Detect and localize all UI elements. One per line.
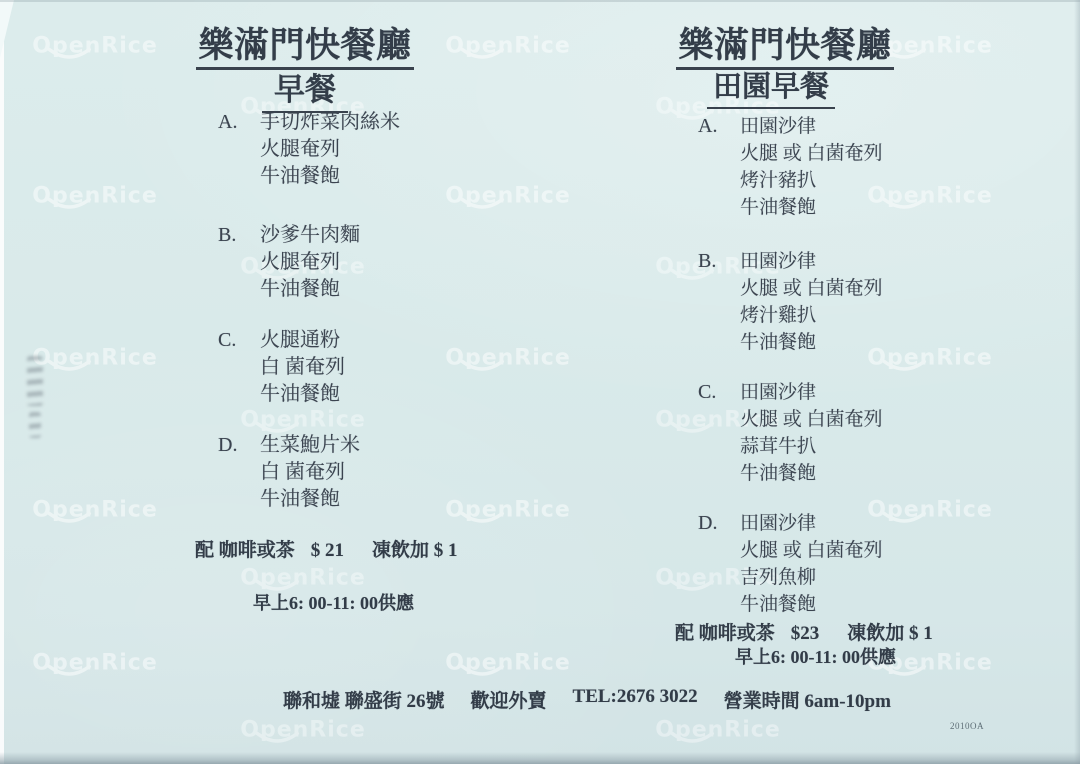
- smile-icon: [46, 664, 92, 680]
- openrice-watermark-text: OpenRice: [32, 34, 157, 59]
- breakfast-menu-column: 樂滿門快餐廳 早餐 A. 手切炸菜肉絲米 火腿奄列 牛油餐飽 B. 沙爹牛肉麵 …: [150, 0, 460, 764]
- item-line: 吉列魚柳: [740, 564, 883, 591]
- item-line: 田園沙律: [740, 510, 883, 537]
- smile-icon: [46, 47, 92, 63]
- openrice-watermark-text: OpenRice: [32, 498, 157, 523]
- item-lines: 手切炸菜肉絲米 火腿奄列 牛油餐飽: [260, 109, 400, 190]
- openrice-watermark-text: OpenRice: [32, 184, 157, 209]
- smile-icon: [459, 197, 505, 213]
- scan-smudge: [29, 412, 41, 438]
- item-line: 牛油餐飽: [260, 163, 400, 190]
- item-letter: D.: [218, 432, 260, 513]
- item-line: 烤汁雞扒: [740, 302, 883, 329]
- menu-section-title-text: 田園早餐: [707, 64, 835, 109]
- openrice-watermark-logo: OpenRice: [445, 498, 570, 523]
- item-line: 生菜鮑片米: [260, 432, 360, 459]
- smile-icon: [46, 359, 92, 375]
- menu-item-a: A. 手切炸菜肉絲米 火腿奄列 牛油餐飽: [218, 109, 400, 190]
- item-letter: B.: [698, 248, 740, 356]
- scan-smudge: [27, 356, 43, 406]
- openrice-watermark-text: OpenRice: [445, 34, 570, 59]
- menu-item-c: C. 田園沙律 火腿 或 白菌奄列 蒜茸牛扒 牛油餐飽: [698, 379, 883, 487]
- menu-item-d: D. 田園沙律 火腿 或 白菌奄列 吉列魚柳 牛油餐飽: [698, 510, 883, 618]
- item-line: 火腿奄列: [260, 136, 400, 163]
- set-price: $23: [791, 623, 820, 644]
- menu-section-title-text: 早餐: [262, 64, 348, 113]
- item-line: 蒜茸牛扒: [740, 433, 883, 460]
- item-letter: D.: [698, 510, 740, 618]
- opening-hours: 營業時間 6am-10pm: [724, 686, 891, 713]
- item-line: 火腿 或 白菌奄列: [740, 537, 883, 564]
- openrice-watermark-logo: OpenRice: [32, 346, 157, 371]
- item-line: 烤汁豬扒: [740, 167, 883, 194]
- restaurant-name: 樂滿門快餐廳: [150, 18, 460, 68]
- openrice-watermark-text: OpenRice: [445, 346, 570, 371]
- openrice-watermark-logo: OpenRice: [445, 346, 570, 371]
- openrice-watermark-logo: OpenRice: [32, 34, 157, 59]
- set-price-line: 配 咖啡或茶$23凍飲加 $ 1: [675, 618, 933, 645]
- item-lines: 田園沙律 火腿 或 白菌奄列 蒜茸牛扒 牛油餐飽: [740, 379, 883, 487]
- garden-breakfast-menu-column: 樂滿門快餐廳 田園早餐 A. 田園沙律 火腿 或 白菌奄列 烤汁豬扒 牛油餐飽 …: [630, 0, 940, 764]
- smile-icon: [459, 511, 505, 527]
- item-letter: C.: [218, 327, 260, 408]
- smile-icon: [459, 359, 505, 375]
- item-line: 牛油餐飽: [740, 194, 883, 221]
- item-line: 牛油餐飽: [740, 460, 883, 487]
- openrice-watermark-logo: OpenRice: [32, 184, 157, 209]
- item-lines: 沙爹牛肉麵 火腿奄列 牛油餐飽: [260, 222, 360, 303]
- item-letter: C.: [698, 379, 740, 487]
- item-lines: 生菜鮑片米 白 菌奄列 牛油餐飽: [260, 432, 360, 513]
- item-line: 火腿 或 白菌奄列: [740, 406, 883, 433]
- address: 聯和墟 聯盛街 26號: [283, 686, 445, 713]
- item-lines: 火腿通粉 白 菌奄列 牛油餐飽: [260, 327, 345, 408]
- item-letter: A.: [698, 113, 740, 221]
- takeaway-note: 歡迎外賣: [471, 686, 547, 713]
- openrice-watermark-logo: OpenRice: [32, 651, 157, 676]
- footer-info-line: 聯和墟 聯盛街 26號 歡迎外賣 TEL:2676 3022 營業時間 6am-…: [283, 686, 891, 713]
- item-line: 火腿通粉: [260, 327, 345, 354]
- item-lines: 田園沙律 火腿 或 白菌奄列 烤汁雞扒 牛油餐飽: [740, 248, 883, 356]
- item-line: 田園沙律: [740, 248, 883, 275]
- phone-number: TEL:2676 3022: [573, 686, 698, 713]
- menu-item-a: A. 田園沙律 火腿 或 白菌奄列 烤汁豬扒 牛油餐飽: [698, 113, 883, 221]
- cold-drink-surcharge: 凍飲加 $ 1: [372, 540, 458, 561]
- item-line: 牛油餐飽: [260, 381, 345, 408]
- smile-icon: [46, 511, 92, 527]
- menu-section-title: 早餐: [150, 64, 460, 113]
- item-lines: 田園沙律 火腿 或 白菌奄列 吉列魚柳 牛油餐飽: [740, 510, 883, 618]
- item-line: 牛油餐飽: [740, 591, 883, 618]
- scan-edge-top: [0, 0, 1080, 2]
- menu-item-b: B. 沙爹牛肉麵 火腿奄列 牛油餐飽: [218, 222, 360, 303]
- item-letter: A.: [218, 109, 260, 190]
- openrice-watermark-text: OpenRice: [32, 651, 157, 676]
- item-letter: B.: [218, 222, 260, 303]
- menu-item-d: D. 生菜鮑片米 白 菌奄列 牛油餐飽: [218, 432, 360, 513]
- scan-edge-right: [1074, 0, 1080, 764]
- item-line: 沙爹牛肉麵: [260, 222, 360, 249]
- serving-hours: 早上6: 00-11: 00供應: [735, 643, 896, 669]
- scan-edge-left: [0, 0, 4, 764]
- openrice-watermark-logo: OpenRice: [445, 651, 570, 676]
- menu-item-b: B. 田園沙律 火腿 或 白菌奄列 烤汁雞扒 牛油餐飽: [698, 248, 883, 356]
- item-line: 火腿 或 白菌奄列: [740, 275, 883, 302]
- smile-icon: [459, 664, 505, 680]
- menu-section-title: 田園早餐: [630, 64, 940, 109]
- set-price: $ 21: [311, 540, 344, 561]
- restaurant-name: 樂滿門快餐廳: [630, 18, 940, 68]
- item-line: 牛油餐飽: [740, 329, 883, 356]
- item-line: 手切炸菜肉絲米: [260, 109, 400, 136]
- set-price-line: 配 咖啡或茶$ 21凍飲加 $ 1: [195, 535, 458, 562]
- price-prefix: 配 咖啡或茶: [195, 540, 295, 561]
- cold-drink-surcharge: 凍飲加 $ 1: [847, 623, 933, 644]
- openrice-watermark-text: OpenRice: [32, 346, 157, 371]
- item-line: 田園沙律: [740, 379, 883, 406]
- page-code: 2010OA: [950, 721, 984, 731]
- item-line: 白 菌奄列: [260, 354, 345, 381]
- item-lines: 田園沙律 火腿 或 白菌奄列 烤汁豬扒 牛油餐飽: [740, 113, 883, 221]
- item-line: 牛油餐飽: [260, 486, 360, 513]
- openrice-watermark-text: OpenRice: [445, 651, 570, 676]
- openrice-watermark-logo: OpenRice: [445, 184, 570, 209]
- scan-edge-bottom: [0, 752, 1080, 764]
- smile-icon: [459, 47, 505, 63]
- item-line: 火腿奄列: [260, 249, 360, 276]
- openrice-watermark-text: OpenRice: [445, 184, 570, 209]
- serving-hours: 早上6: 00-11: 00供應: [253, 589, 414, 615]
- price-prefix: 配 咖啡或茶: [675, 623, 775, 644]
- smile-icon: [46, 197, 92, 213]
- scanned-menu-page: OpenRiceOpenRiceOpenRiceOpenRiceOpenRice…: [0, 0, 1080, 764]
- openrice-watermark-text: OpenRice: [445, 498, 570, 523]
- item-line: 牛油餐飽: [260, 276, 360, 303]
- openrice-watermark-logo: OpenRice: [32, 498, 157, 523]
- item-line: 田園沙律: [740, 113, 883, 140]
- menu-item-c: C. 火腿通粉 白 菌奄列 牛油餐飽: [218, 327, 345, 408]
- item-line: 白 菌奄列: [260, 459, 360, 486]
- openrice-watermark-logo: OpenRice: [445, 34, 570, 59]
- item-line: 火腿 或 白菌奄列: [740, 140, 883, 167]
